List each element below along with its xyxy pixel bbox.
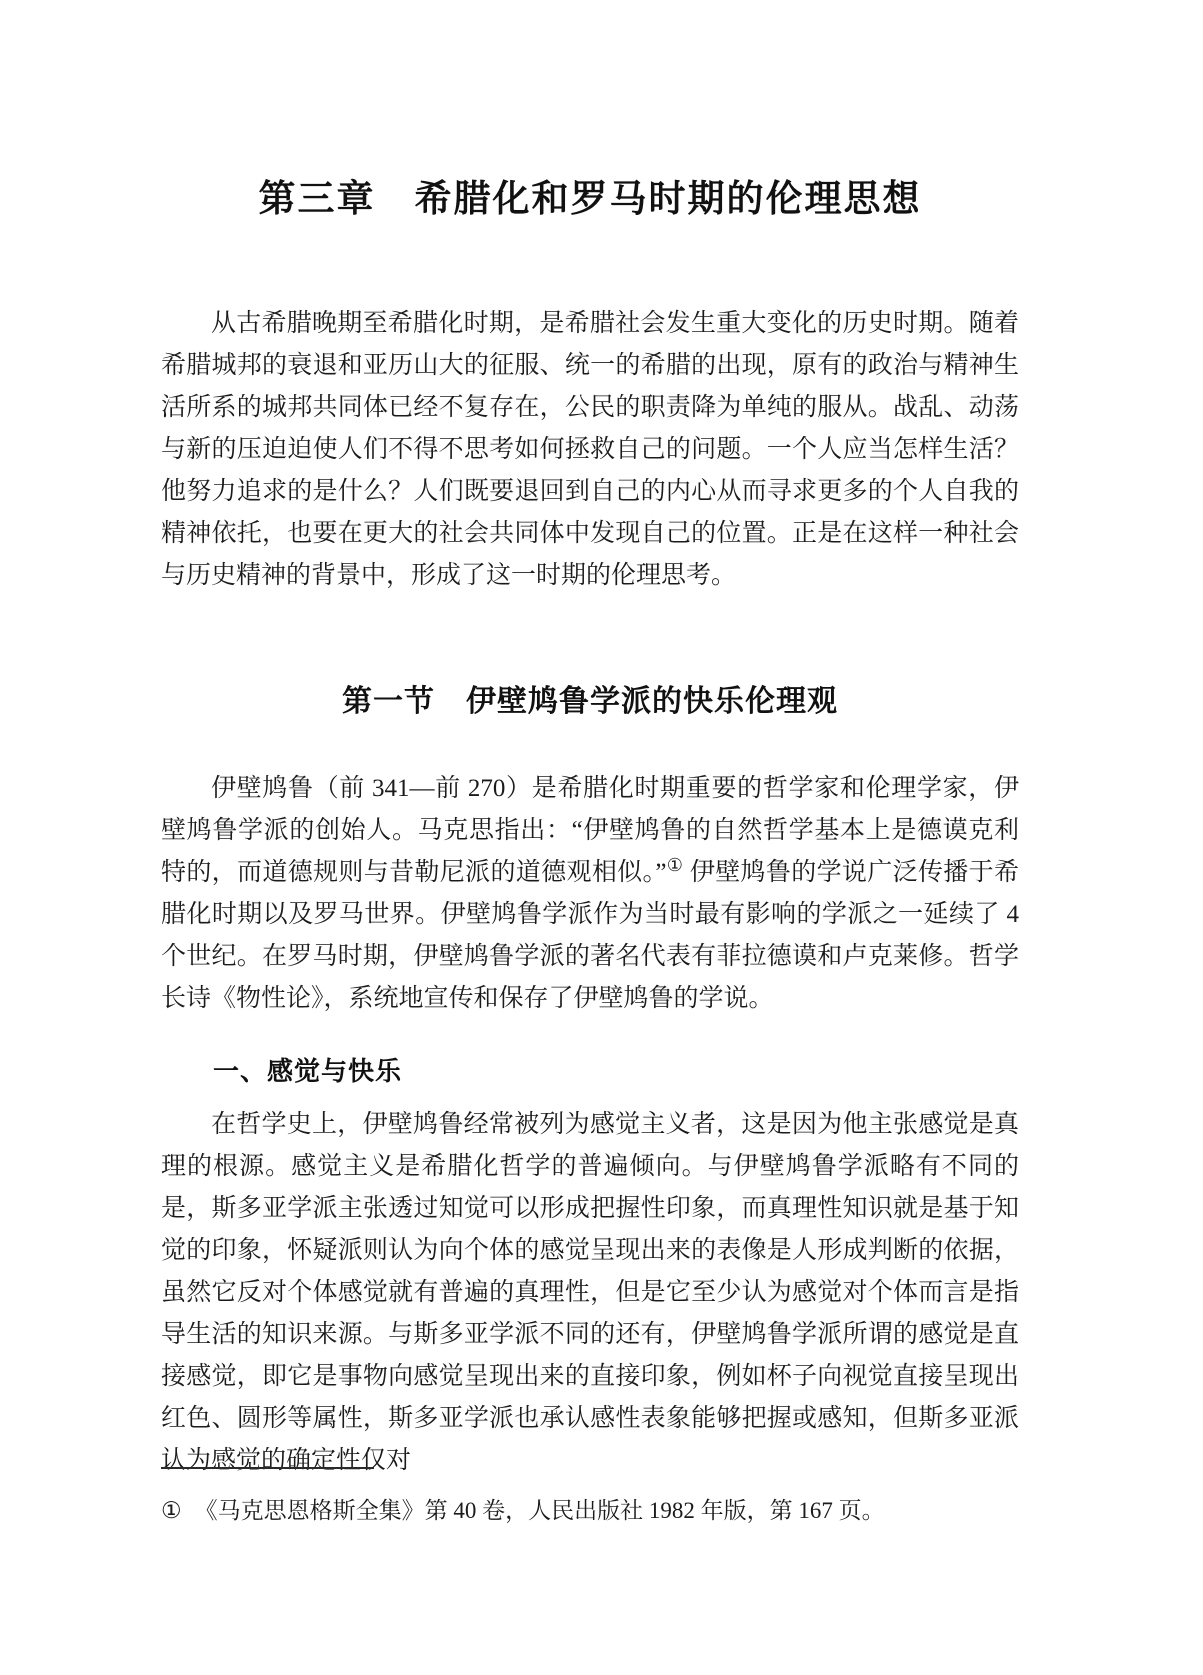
footnote-text: 《马克思恩格斯全集》第 40 卷，人民出版社 1982 年版，第 167 页。	[195, 1494, 1019, 1529]
footnote-marker: ①	[161, 1494, 182, 1529]
footnote: ① 《马克思恩格斯全集》第 40 卷，人民出版社 1982 年版，第 167 页…	[161, 1494, 1019, 1529]
paragraph-sensation: 在哲学史上，伊壁鸠鲁经常被列为感觉主义者，这是因为他主张感觉是真理的根源。感觉主…	[161, 1104, 1019, 1482]
section-title: 第一节 伊壁鸠鲁学派的快乐伦理观	[161, 684, 1019, 720]
chapter-title: 第三章 希腊化和罗马时期的伦理思想	[161, 178, 1019, 221]
footnote-separator-rule	[161, 1467, 374, 1469]
book-page: 第三章 希腊化和罗马时期的伦理思想 从古希腊晚期至希腊化时期，是希腊社会发生重大…	[0, 0, 1203, 1675]
footnote-reference-marker: ①	[666, 855, 683, 875]
paragraph-intro: 从古希腊晚期至希腊化时期，是希腊社会发生重大变化的历史时期。随着希腊城邦的衰退和…	[161, 303, 1019, 597]
subsection-heading: 一、感觉与快乐	[161, 1056, 1071, 1087]
paragraph-epicurus: 伊壁鸠鲁（前 341—前 270）是希腊化时期重要的哲学家和伦理学家，伊壁鸠鲁学…	[161, 768, 1019, 1020]
